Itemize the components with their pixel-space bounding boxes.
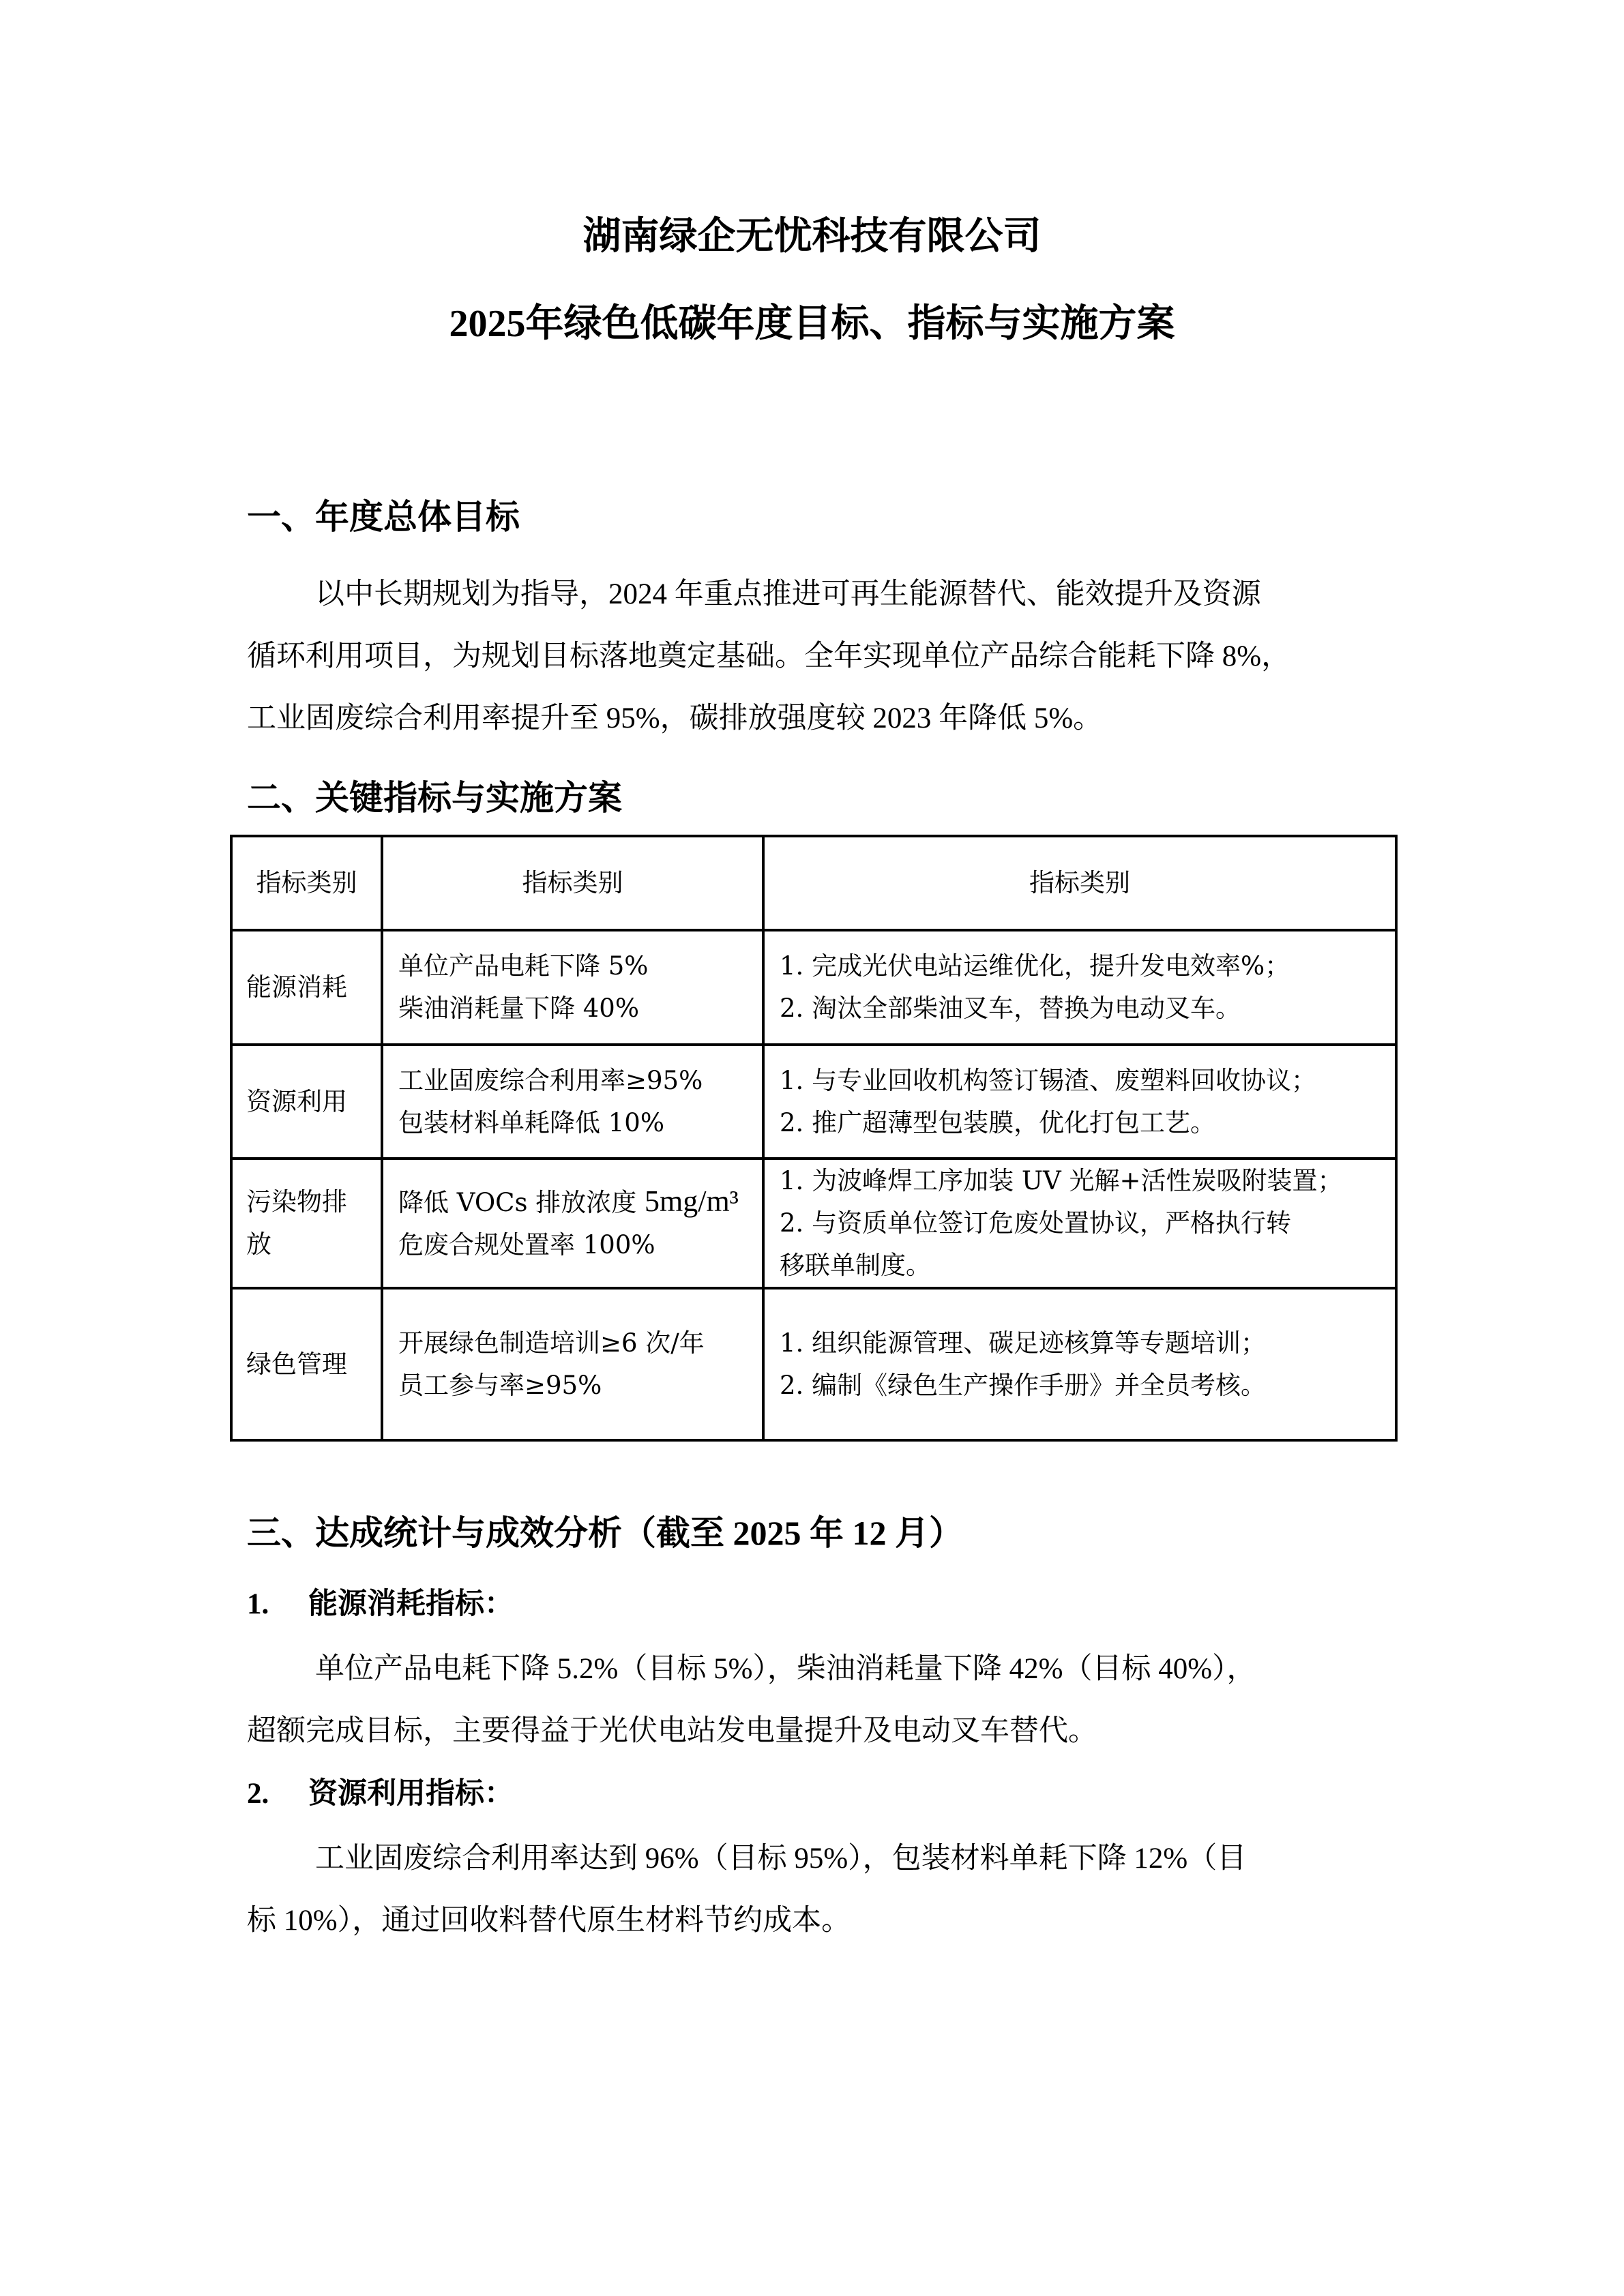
- table-row: 绿色管理 开展绿色制造培训≥6 次/年 员工参与率≥95% 1. 组织能源管理、…: [231, 1288, 1396, 1440]
- subsection-heading: 1.能源消耗指标：: [247, 1585, 514, 1624]
- category-line: 放: [246, 1223, 366, 1266]
- company-name: 湖南绿企无忧科技有限公司: [0, 213, 1624, 260]
- category-cell: 绿色管理: [231, 1288, 382, 1440]
- category-line: 污染物排: [246, 1181, 366, 1223]
- paragraph-line: 工业固废综合利用率达到 96%（目标 95%），包装材料单耗下降 12%（目: [247, 1828, 1379, 1890]
- plan-line: 1. 组织能源管理、碳足迹核算等专题培训；: [780, 1322, 1380, 1365]
- plan-line: 2. 推广超薄型包装膜，优化打包工艺。: [780, 1102, 1380, 1144]
- indicator-line: 降低 VOCs 排放浓度 5mg/m³: [398, 1180, 747, 1224]
- plan-cell: 1. 完成光伏电站运维优化，提升发电效率%； 2. 淘汰全部柴油叉车，替换为电动…: [763, 930, 1396, 1045]
- plan-line: 移联单制度。: [780, 1244, 1380, 1287]
- indicator-line: 工业固废综合利用率≥95%: [398, 1060, 747, 1102]
- indicators-table: 指标类别 指标类别 指标类别 能源消耗 单位产品电耗下降 5% 柴油消耗量下降 …: [230, 835, 1398, 1442]
- section1-paragraph: 以中长期规划为指导，2024 年重点推进可再生能源替代、能效提升及资源 循环利用…: [247, 563, 1379, 749]
- subsection-title: 资源利用指标：: [308, 1778, 514, 1810]
- plan-cell: 1. 组织能源管理、碳足迹核算等专题培训； 2. 编制《绿色生产操作手册》并全员…: [763, 1288, 1396, 1440]
- plan-line: 2. 编制《绿色生产操作手册》并全员考核。: [780, 1365, 1380, 1407]
- paragraph-line: 以中长期规划为指导，2024 年重点推进可再生能源替代、能效提升及资源: [247, 563, 1379, 625]
- subsection-paragraph: 单位产品电耗下降 5.2%（目标 5%），柴油消耗量下降 42%（目标 40%）…: [247, 1638, 1379, 1762]
- table-row: 污染物排 放 降低 VOCs 排放浓度 5mg/m³ 危废合规处置率 100% …: [231, 1159, 1396, 1288]
- subsection-title: 能源消耗指标：: [308, 1588, 514, 1620]
- subsection-heading: 2.资源利用指标：: [247, 1775, 514, 1813]
- indicator-line: 单位产品电耗下降 5%: [398, 945, 747, 987]
- paragraph-line: 单位产品电耗下降 5.2%（目标 5%），柴油消耗量下降 42%（目标 40%）…: [247, 1638, 1379, 1700]
- subsection-number: 2.: [247, 1775, 308, 1813]
- document-title: 2025年绿色低碳年度目标、指标与实施方案: [0, 300, 1624, 348]
- table-header-cell: 指标类别: [382, 836, 763, 930]
- indicator-cell: 单位产品电耗下降 5% 柴油消耗量下降 40%: [382, 930, 763, 1045]
- indicator-line: 包装材料单耗降低 10%: [398, 1102, 747, 1144]
- section3-heading: 三、达成统计与成效分析（截至 2025 年 12 月）: [247, 1512, 963, 1553]
- paragraph-line: 标 10%），通过回收料替代原生材料节约成本。: [247, 1890, 1379, 1952]
- table-header-row: 指标类别 指标类别 指标类别: [231, 836, 1396, 930]
- plan-line: 2. 淘汰全部柴油叉车，替换为电动叉车。: [780, 987, 1380, 1030]
- indicator-text: 降低 VOCs 排放浓度: [398, 1188, 645, 1217]
- subsection-number: 1.: [247, 1585, 308, 1624]
- plan-line: 2. 与资质单位签订危废处置协议，严格执行转: [780, 1202, 1380, 1244]
- indicator-value: 5mg/m³: [645, 1184, 739, 1218]
- indicator-cell: 开展绿色制造培训≥6 次/年 员工参与率≥95%: [382, 1288, 763, 1440]
- indicator-cell: 降低 VOCs 排放浓度 5mg/m³ 危废合规处置率 100%: [382, 1159, 763, 1288]
- indicator-line: 柴油消耗量下降 40%: [398, 987, 747, 1030]
- plan-line: 1. 完成光伏电站运维优化，提升发电效率%；: [780, 945, 1380, 987]
- category-cell: 资源利用: [231, 1045, 382, 1159]
- indicator-line: 开展绿色制造培训≥6 次/年: [398, 1322, 747, 1365]
- table-row: 能源消耗 单位产品电耗下降 5% 柴油消耗量下降 40% 1. 完成光伏电站运维…: [231, 930, 1396, 1045]
- section2-heading: 二、关键指标与实施方案: [247, 777, 622, 818]
- category-cell: 能源消耗: [231, 930, 382, 1045]
- paragraph-line: 循环利用项目，为规划目标落地奠定基础。全年实现单位产品综合能耗下降 8%，: [247, 625, 1379, 687]
- plan-line: 1. 与专业回收机构签订锡渣、废塑料回收协议；: [780, 1060, 1380, 1102]
- indicator-cell: 工业固废综合利用率≥95% 包装材料单耗降低 10%: [382, 1045, 763, 1159]
- indicator-line: 危废合规处置率 100%: [398, 1224, 747, 1266]
- paragraph-line: 工业固废综合利用率提升至 95%，碳排放强度较 2023 年降低 5%。: [247, 687, 1379, 749]
- table-row: 资源利用 工业固废综合利用率≥95% 包装材料单耗降低 10% 1. 与专业回收…: [231, 1045, 1396, 1159]
- plan-cell: 1. 为波峰焊工序加装 UV 光解+活性炭吸附装置； 2. 与资质单位签订危废处…: [763, 1159, 1396, 1288]
- section1-heading: 一、年度总体目标: [247, 496, 520, 537]
- category-cell: 污染物排 放: [231, 1159, 382, 1288]
- subsection-paragraph: 工业固废综合利用率达到 96%（目标 95%），包装材料单耗下降 12%（目 标…: [247, 1828, 1379, 1952]
- table-header-cell: 指标类别: [763, 836, 1396, 930]
- plan-cell: 1. 与专业回收机构签订锡渣、废塑料回收协议； 2. 推广超薄型包装膜，优化打包…: [763, 1045, 1396, 1159]
- plan-line: 1. 为波峰焊工序加装 UV 光解+活性炭吸附装置；: [780, 1160, 1380, 1202]
- indicator-line: 员工参与率≥95%: [398, 1365, 747, 1407]
- table-header-cell: 指标类别: [231, 836, 382, 930]
- paragraph-line: 超额完成目标，主要得益于光伏电站发电量提升及电动叉车替代。: [247, 1700, 1379, 1762]
